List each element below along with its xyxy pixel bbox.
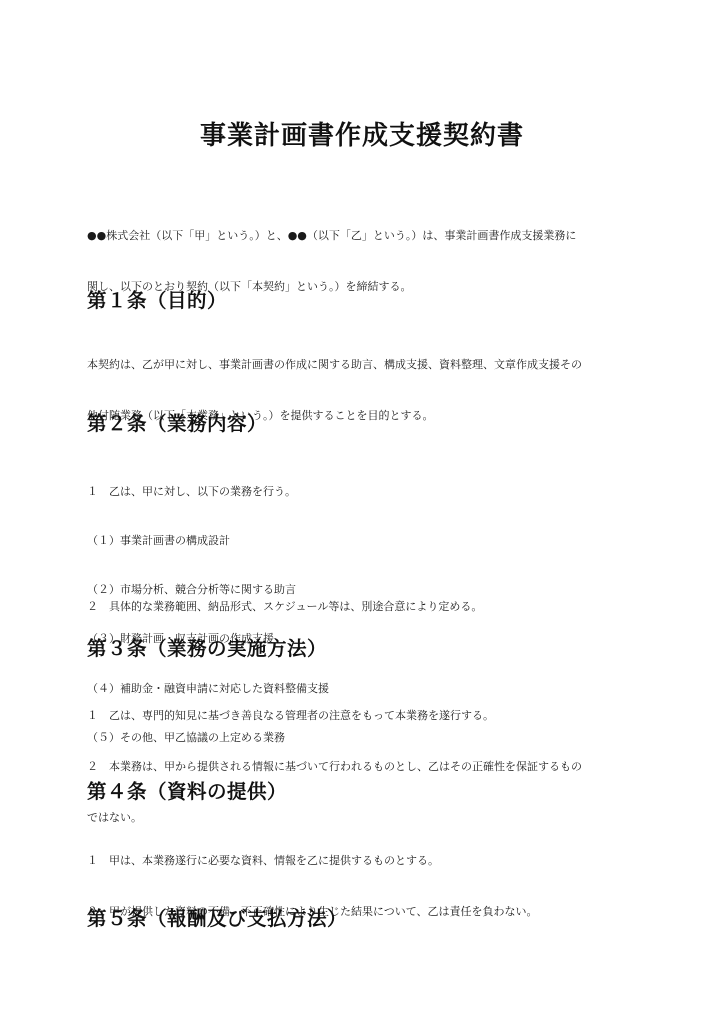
article-5-heading: 第５条（報酬及び支払方法）	[87, 903, 347, 931]
article-4-heading: 第４条（資料の提供）	[87, 776, 287, 804]
article-line: １ 乙は、甲に対し、以下の業務を行う。	[87, 484, 647, 500]
article-line: ２ 本業務は、甲から提供される情報に基づいて行われるものとし、乙はその正確性を保…	[87, 758, 647, 775]
list-item: （１）事業計画書の構成設計	[87, 533, 647, 549]
article-1-body: 本契約は、乙が甲に対し、事業計画書の作成に関する助言、構成支援、資料整理、文章作…	[87, 322, 647, 458]
article-line: １ 甲は、本業務遂行に必要な資料、情報を乙に提供するものとする。	[87, 852, 647, 869]
preamble-line: ●●株式会社（以下「甲」という。）と、●●（以下「乙」という。）は、事業計画書作…	[87, 227, 647, 244]
article-1-heading: 第１条（目的）	[87, 285, 227, 313]
document-page: 事業計画書作成支援契約書 ●●株式会社（以下「甲」という。）と、●●（以下「乙」…	[0, 0, 724, 1024]
article-line: １ 乙は、専門的知見に基づき善良なる管理者の注意をもって本業務を遂行する。	[87, 707, 647, 724]
article-line: 本契約は、乙が甲に対し、事業計画書の作成に関する助言、構成支援、資料整理、文章作…	[87, 356, 647, 373]
document-title: 事業計画書作成支援契約書	[0, 115, 724, 152]
article-2-heading: 第２条（業務内容）	[87, 408, 267, 436]
article-3-heading: 第３条（業務の実施方法）	[87, 633, 327, 661]
article-4-body: １ 甲は、本業務遂行に必要な資料、情報を乙に提供するものとする。 ２ 甲が提供し…	[87, 818, 647, 954]
article-line: ２ 具体的な業務範囲、納品形式、スケジュール等は、別途合意により定める。	[87, 598, 647, 615]
